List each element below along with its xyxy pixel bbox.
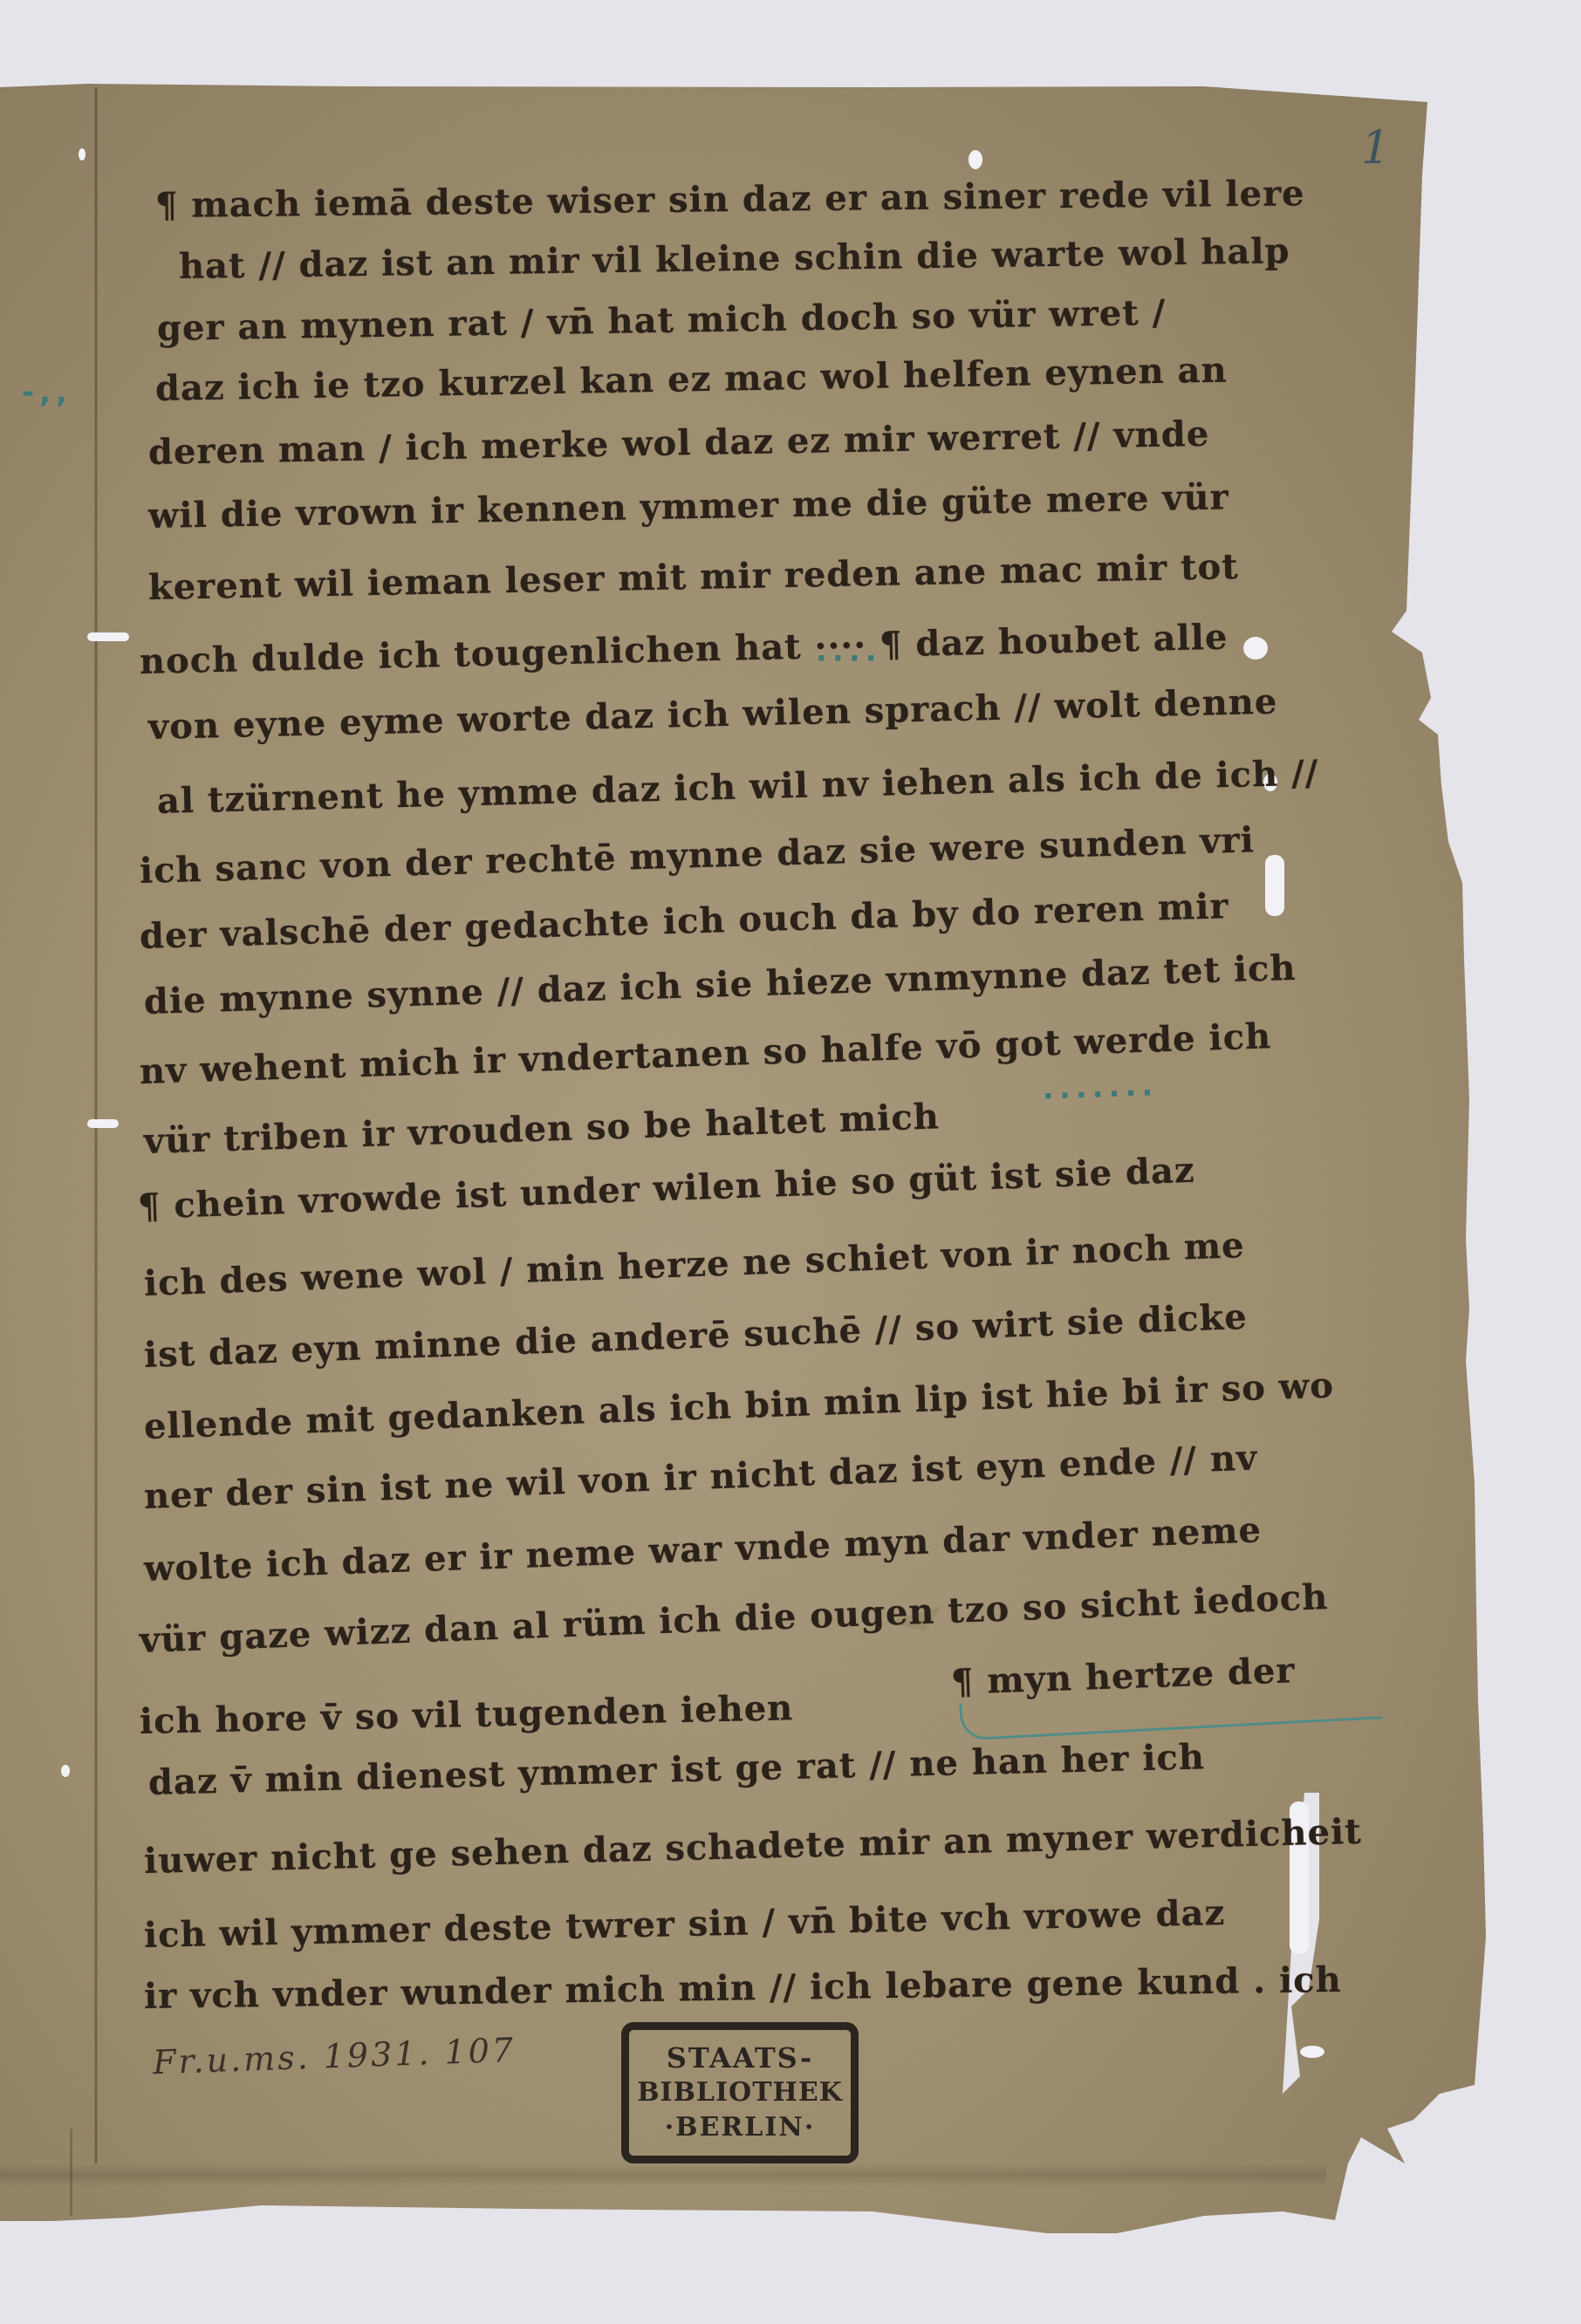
text-line: ger an mynen rat / vn̄ hat mich doch so … [157,292,1167,349]
text-line: ¶ chein vrowde ist under wilen hie so gü… [137,1150,1195,1227]
teal-filler-dots: ······· [1042,1076,1159,1115]
text-line: al tzürnent he ymme daz ich wil nv iehen… [156,752,1318,822]
text-line: von eyne eyme worte daz ich wilen sprach… [147,681,1277,748]
text-line: daz ich ie tzo kurzel kan ez mac wol hel… [155,350,1228,409]
library-stamp: STAATS- BIBLIOTHEK ·BERLIN· [621,2022,859,2163]
text-line: ist daz eyn minne die anderē suchē // so… [143,1296,1248,1376]
text-line: noch dulde ich tougenlichen hat ···· ¶ d… [139,617,1228,682]
manuscript-text: ¶ mach iemā deste wiser sin daz er an si… [0,0,1581,2324]
text-line: wolte ich daz er ir neme war vnde myn da… [143,1509,1263,1589]
text-line: hat // daz ist an mir vil kleine schin d… [179,230,1290,287]
text-line: ner der sin ist ne wil von ir nicht daz … [143,1437,1258,1517]
text-line: ich sanc von der rechtē mynne daz sie we… [139,819,1255,892]
stamp-line-3: ·BERLIN· [665,2110,816,2145]
text-line: ellende mit gedanken als ich bin min lip… [143,1364,1334,1447]
text-line: der valschē der gedachte ich ouch da by … [139,885,1229,957]
text-line: vür gaze wizz dan al rüm ich die ougen t… [139,1576,1329,1661]
text-line: iuwer nicht ge sehen daz schadete mir an… [143,1811,1362,1882]
text-line: ich wil ymmer deste twrer sin / vn̄ bite… [144,1892,1226,1956]
text-line: die mynne synne // daz ich sie hieze vnm… [143,947,1297,1022]
text-line: ich des wene wol / min herze ne schiet v… [143,1225,1245,1304]
stamp-line-2: BIBLIOTHEK [637,2075,843,2110]
teal-filler-dots: ···· [816,641,882,676]
text-line: ¶ mach iemā deste wiser sin daz er an si… [155,173,1305,226]
margin-blue-marks: -,, [22,375,72,410]
text-line: ich hore v̄ so vil tugenden iehen [140,1687,794,1742]
text-line: wil die vrown ir kennen ymmer me die güt… [148,476,1229,537]
text-line: vür triben ir vrouden so be haltet mich [143,1096,940,1162]
text-line: deren man / ich merke wol daz ez mir wer… [148,414,1210,473]
stamp-line-1: STAATS- [667,2040,813,2075]
text-line: ir vch vnder wunder mich min // ich leba… [144,1959,1342,2017]
text-line: kerent wil ieman leser mit mir reden ane… [148,546,1240,608]
text-line: daz v̄ min dienest ymmer ist ge rat // n… [147,1736,1205,1803]
